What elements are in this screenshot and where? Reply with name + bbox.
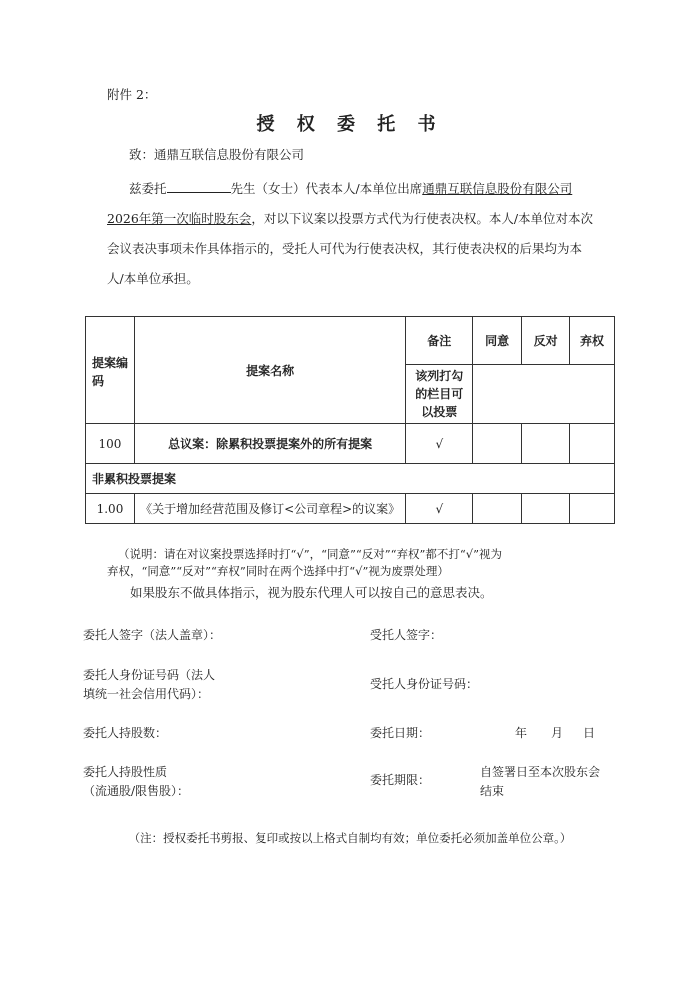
row-code: 100 (86, 424, 135, 464)
row-name: 《关于增加经营范围及修订<公司章程>的议案》 (134, 494, 405, 524)
term-value-2: 结束 (480, 783, 504, 800)
paragraph-prefix: 兹委托 (129, 181, 167, 196)
table-row: 100 总议案：除累积投票提案外的所有提案 √ (86, 424, 615, 464)
section-label: 非累积投票提案 (86, 464, 615, 494)
header-blank (473, 365, 615, 424)
agent-name-blank[interactable] (167, 180, 231, 193)
oppose-cell[interactable] (522, 424, 570, 464)
agent-id-label: 受托人身份证号码： (370, 676, 478, 693)
share-nature-label-1: 委托人持股性质 (83, 764, 167, 781)
row-remark: √ (406, 424, 473, 464)
paragraph-mid: 先生（女士）代表本人/本单位出席 (231, 181, 423, 196)
abstain-cell[interactable] (570, 494, 615, 524)
principal-shares-label: 委托人持股数： (83, 725, 167, 742)
principal-id-label-2: 填统一社会信用代码）： (83, 686, 209, 703)
instruction-line-3: 如果股东不做具体指示，视为股东代理人可以按自己的意思表决。 (130, 585, 493, 601)
date-month: 月 (551, 725, 563, 742)
header-remark: 备注 (406, 317, 473, 365)
header-oppose: 反对 (522, 317, 570, 365)
row-name: 总议案：除累积投票提案外的所有提案 (134, 424, 405, 464)
date-year: 年 (515, 725, 527, 742)
principal-signature-label: 委托人签字（法人盖章）： (83, 627, 221, 644)
date-label: 委托日期： (370, 725, 430, 742)
table-row: 1.00 《关于增加经营范围及修订<公司章程>的议案》 √ (86, 494, 615, 524)
header-name: 提案名称 (134, 317, 405, 424)
agree-cell[interactable] (473, 424, 522, 464)
header-abstain: 弃权 (570, 317, 615, 365)
term-label: 委托期限： (370, 772, 430, 789)
principal-id-label-1: 委托人身份证号码（法人 (83, 667, 215, 684)
instruction-line-2: 弃权，“同意”“反对”“弃权”同时在两个选择中打“√”视为废票处理） (107, 563, 449, 579)
date-day: 日 (583, 725, 595, 742)
attachment-label: 附件 2： (107, 87, 156, 103)
agree-cell[interactable] (473, 494, 522, 524)
authorization-paragraph: 兹委托先生（女士）代表本人/本单位出席通鼎互联信息股份有限公司2026年第一次临… (107, 174, 594, 294)
abstain-cell[interactable] (570, 424, 615, 464)
share-nature-label-2: （流通股/限售股）： (83, 783, 189, 800)
header-code: 提案编码 (86, 317, 135, 424)
row-remark: √ (406, 494, 473, 524)
term-value-1: 自签署日至本次股东会 (480, 764, 600, 781)
header-remark-sub: 该列打勾的栏目可以投票 (406, 365, 473, 424)
addressee: 致：通鼎互联信息股份有限公司 (129, 147, 304, 163)
footer-note: （注：授权委托书剪报、复印或按以上格式自制均有效；单位委托必须加盖单位公章。） (0, 830, 700, 846)
oppose-cell[interactable] (522, 494, 570, 524)
agent-signature-label: 受托人签字： (370, 627, 442, 644)
header-agree: 同意 (473, 317, 522, 365)
row-code: 1.00 (86, 494, 135, 524)
document-title: 授 权 委 托 书 (0, 110, 700, 136)
voting-table: 提案编码 提案名称 备注 同意 反对 弃权 该列打勾的栏目可以投票 100 总议… (85, 316, 615, 524)
instruction-line-1: （说明：请在对议案投票选择时打“√”，“同意”“反对”“弃权”都不打“√”视为 (118, 546, 502, 562)
section-row: 非累积投票提案 (86, 464, 615, 494)
